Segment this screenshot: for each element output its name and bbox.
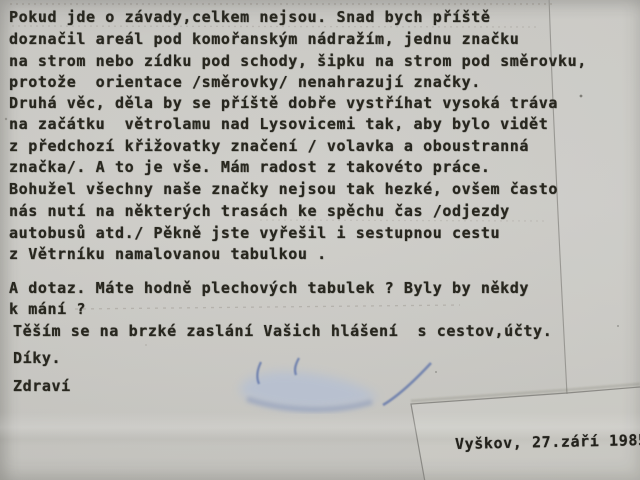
letter-line: z Větrníku namalovanou tabulkou . [9, 245, 327, 264]
letter-line: na začátku větrolamu nad Lysovicemi tak,… [9, 115, 548, 134]
letter-question-line: k mání ? [9, 300, 86, 319]
letter-line: na strom nebo zídku pod schody, šipku na… [9, 52, 587, 71]
letter-question-line: A dotaz. Máte hodně plechových tabulek ?… [9, 279, 529, 298]
letter-line: doznačil areál pod komořanským nádražím,… [9, 30, 519, 49]
letter-line: Pokud jde o závady,celkem nejsou. Snad b… [9, 8, 491, 27]
letter-line: autobusů atd./ Pěkně jste vyřešil i sest… [9, 224, 500, 243]
letter-line: z předchozí křižovatky značení / volavka… [9, 137, 529, 156]
signature-blur [240, 358, 431, 410]
letter-line: protože orientace /směrovky/ nenahrazují… [9, 73, 481, 92]
date-slip-shadow [411, 384, 640, 401]
dateline: Vyškov, 27.září 1985 [455, 431, 640, 453]
letter-signoff: Zdraví [13, 377, 71, 396]
letter-line: Bohužel všechny naše značky nejsou tak h… [9, 180, 558, 199]
letter-line: značka/. A to je vše. Mám radost z takov… [9, 158, 491, 177]
letter-closing-line: Díky. [13, 349, 61, 368]
letter-closing-line: Těším se na brzké zaslání Vašich hlášení… [13, 322, 552, 341]
letter-line: Druhá věc, děla by se příště dobře vystř… [9, 94, 558, 113]
letter-line: nás nutí na některých trasách ke spěchu … [9, 202, 510, 221]
letter-page: Pokud jde o závady,celkem nejsou. Snad b… [0, 0, 640, 480]
